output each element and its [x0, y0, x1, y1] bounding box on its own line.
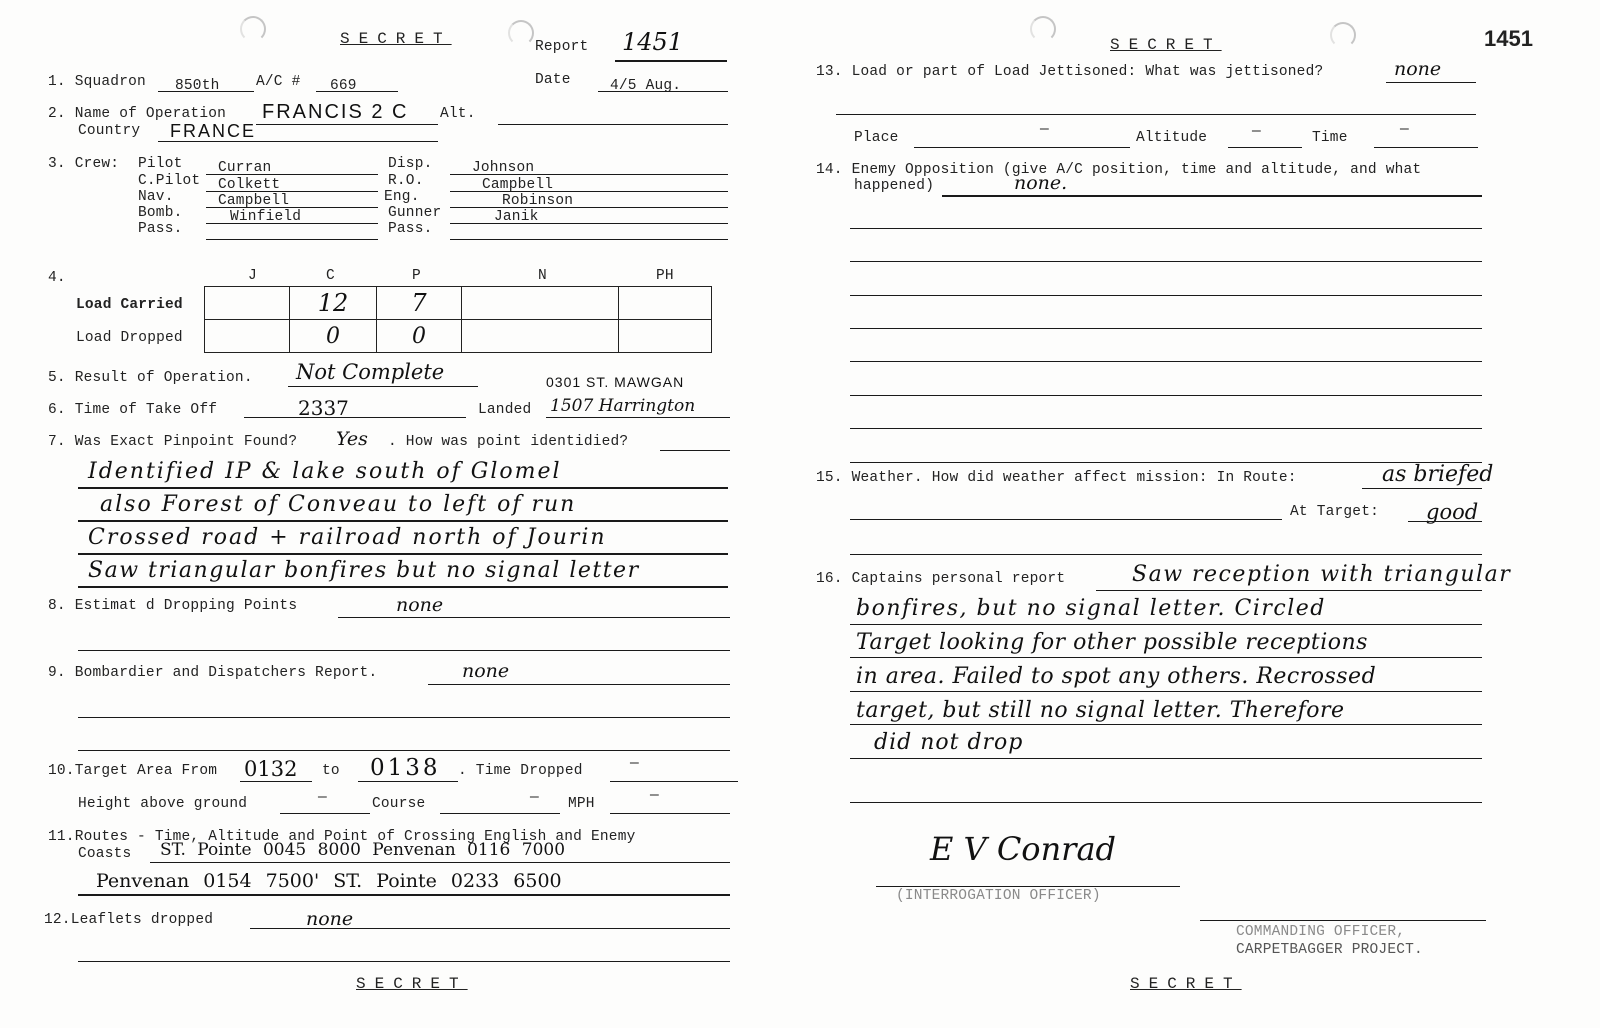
bombardier-report-value: none: [462, 660, 509, 682]
row-label: Load Carried: [76, 297, 183, 313]
q14-label-cont: happened): [854, 178, 934, 194]
pinpoint-line: Saw triangular bonfires but no signal le…: [88, 558, 640, 583]
landed-label: Landed: [478, 402, 531, 418]
enemy-opposition-value: none.: [1014, 172, 1067, 194]
crew-role: R.O.: [388, 173, 424, 189]
row-label: Load Dropped: [76, 330, 183, 346]
q9-label: 9. Bombardier and Dispatchers Report.: [48, 665, 377, 681]
q10-label: 10.Target Area From: [48, 763, 217, 779]
place-label: Place: [854, 130, 899, 146]
course-value: —: [530, 790, 539, 806]
q4-label: 4.: [48, 270, 66, 286]
time-dropped-value: —: [630, 756, 639, 772]
col-header: PH: [656, 268, 674, 284]
weather-en-route: as briefed: [1382, 462, 1493, 487]
captain-report-line: Target looking for other possible recept…: [856, 630, 1368, 655]
punch-hole: [1330, 22, 1356, 48]
classification-footer: SECRET: [1130, 975, 1242, 993]
col-header: J: [248, 268, 257, 284]
interrogation-officer-signature: E V Conrad: [930, 830, 1116, 868]
leaflets-value: none: [306, 908, 353, 930]
crew-role: Disp.: [388, 156, 433, 172]
crew-role: Pass.: [138, 221, 183, 237]
cell: 7: [377, 287, 462, 320]
report-number: 1451: [622, 28, 683, 56]
time-value: —: [1400, 122, 1409, 138]
country-value: FRANCE: [170, 121, 256, 142]
height-value: —: [318, 790, 327, 806]
captain-report-line: Saw reception with triangular: [1132, 562, 1511, 587]
cell: 0: [290, 320, 377, 353]
q12-label: 12.Leaflets dropped: [44, 912, 213, 928]
dropping-points-value: none: [396, 594, 443, 616]
captain-report-line: target, but still no signal letter. Ther…: [856, 698, 1345, 723]
q13-label: 13. Load or part of Load Jettisoned: Wha…: [816, 64, 1323, 80]
col-header: C: [326, 268, 335, 284]
pinpoint-line: Identified IP & lake south of Glomel: [88, 459, 562, 484]
crew-role: Pilot: [138, 156, 183, 172]
country-label: Country: [78, 123, 140, 139]
coasts-label: Coasts: [78, 846, 131, 862]
pinpoint-found: Yes: [336, 428, 368, 450]
table-row: 0 0: [205, 320, 712, 353]
q16-label: 16. Captains personal report: [816, 571, 1065, 587]
crew-role: Bomb.: [138, 205, 183, 221]
cell: [619, 320, 712, 353]
ac-label: A/C #: [256, 74, 301, 90]
result-value: Not Complete: [296, 360, 444, 384]
mph-value: —: [650, 788, 659, 804]
q8-label: 8. Estimat d Dropping Points: [48, 598, 297, 614]
cell: 0: [377, 320, 462, 353]
left-page: SECRET Report 1451 1. Squadron 850th A/C…: [0, 0, 790, 1028]
crew-role: Gunner: [388, 205, 441, 221]
cell: [619, 287, 712, 320]
how-label: . How was point identidied?: [388, 434, 628, 450]
q15-label: 15. Weather. How did weather affect miss…: [816, 470, 1297, 486]
page-number-stamp: 1451: [1484, 26, 1533, 52]
punch-hole: [240, 16, 266, 42]
mph-label: MPH: [568, 796, 595, 812]
punch-hole: [1030, 16, 1056, 42]
captain-report-line: in area. Failed to spot any others. Recr…: [856, 664, 1376, 689]
table-row: 12 7: [205, 287, 712, 320]
altitude-label: Altitude: [1136, 130, 1207, 146]
report-label: Report: [535, 39, 588, 55]
q1-label: 1. Squadron: [48, 74, 146, 90]
commanding-officer-title: COMMANDING OFFICER,: [1236, 924, 1405, 940]
crew-role: Nav.: [138, 189, 174, 205]
q14-label: 14. Enemy Opposition (give A/C position,…: [816, 162, 1421, 178]
operation-name: FRANCIS 2 C: [262, 101, 408, 124]
punch-hole: [508, 20, 534, 46]
captain-report-line: bonfires, but no signal letter. Circled: [856, 596, 1326, 621]
altitude-value: —: [1252, 124, 1261, 140]
route-line: ST. Pointe 0045 8000 Penvenan 0116 7000: [160, 840, 565, 860]
crew-role: C.Pilot: [138, 173, 200, 189]
cell: 12: [290, 287, 377, 320]
q5-label: 5. Result of Operation.: [48, 370, 253, 386]
cell: [205, 320, 290, 353]
date-label: Date: [535, 72, 571, 88]
landed-value: 1507 Harrington: [550, 396, 695, 416]
crew-role: Pass.: [388, 221, 433, 237]
q6-label: 6. Time of Take Off: [48, 402, 217, 418]
alt-label: Alt.: [440, 106, 476, 122]
target-from: 0132: [244, 757, 297, 781]
col-header: P: [412, 268, 421, 284]
jettisoned-value: none: [1394, 58, 1441, 80]
q2-label: 2. Name of Operation: [48, 106, 226, 122]
result-note: 0301 ST. MAWGAN: [546, 374, 684, 390]
place-value: —: [1040, 122, 1049, 138]
interrogation-officer-title: (INTERROGATION OFFICER): [896, 888, 1101, 904]
crew-role: Eng.: [384, 189, 420, 205]
pinpoint-line: Crossed road + railroad north of Jourin: [88, 525, 607, 550]
classification-header: SECRET: [1110, 36, 1222, 54]
at-target-label: At Target:: [1290, 504, 1379, 520]
q7-label: 7. Was Exact Pinpoint Found?: [48, 434, 297, 450]
col-header: N: [538, 268, 547, 284]
route-line: Penvenan 0154 7500' ST. Pointe 0233 6500: [96, 870, 562, 892]
time-label: Time: [1312, 130, 1348, 146]
height-label: Height above ground: [78, 796, 247, 812]
cell: [205, 287, 290, 320]
target-to: 0138: [370, 755, 441, 781]
classification-header: SECRET: [340, 30, 452, 48]
project-name: CARPETBAGGER PROJECT.: [1236, 942, 1423, 958]
time-dropped-label: . Time Dropped: [458, 763, 583, 779]
pinpoint-line: also Forest of Conveau to left of run: [100, 492, 576, 517]
classification-footer: SECRET: [356, 975, 468, 993]
cell: [462, 320, 619, 353]
q3-label: 3. Crew:: [48, 156, 119, 172]
course-label: Course: [372, 796, 425, 812]
to-label: to: [322, 763, 340, 779]
right-page: SECRET 1451 13. Load or part of Load Jet…: [790, 0, 1600, 1028]
cell: [462, 287, 619, 320]
load-table: 12 7 0 0: [204, 286, 712, 353]
captain-report-line: did not drop: [874, 730, 1023, 755]
